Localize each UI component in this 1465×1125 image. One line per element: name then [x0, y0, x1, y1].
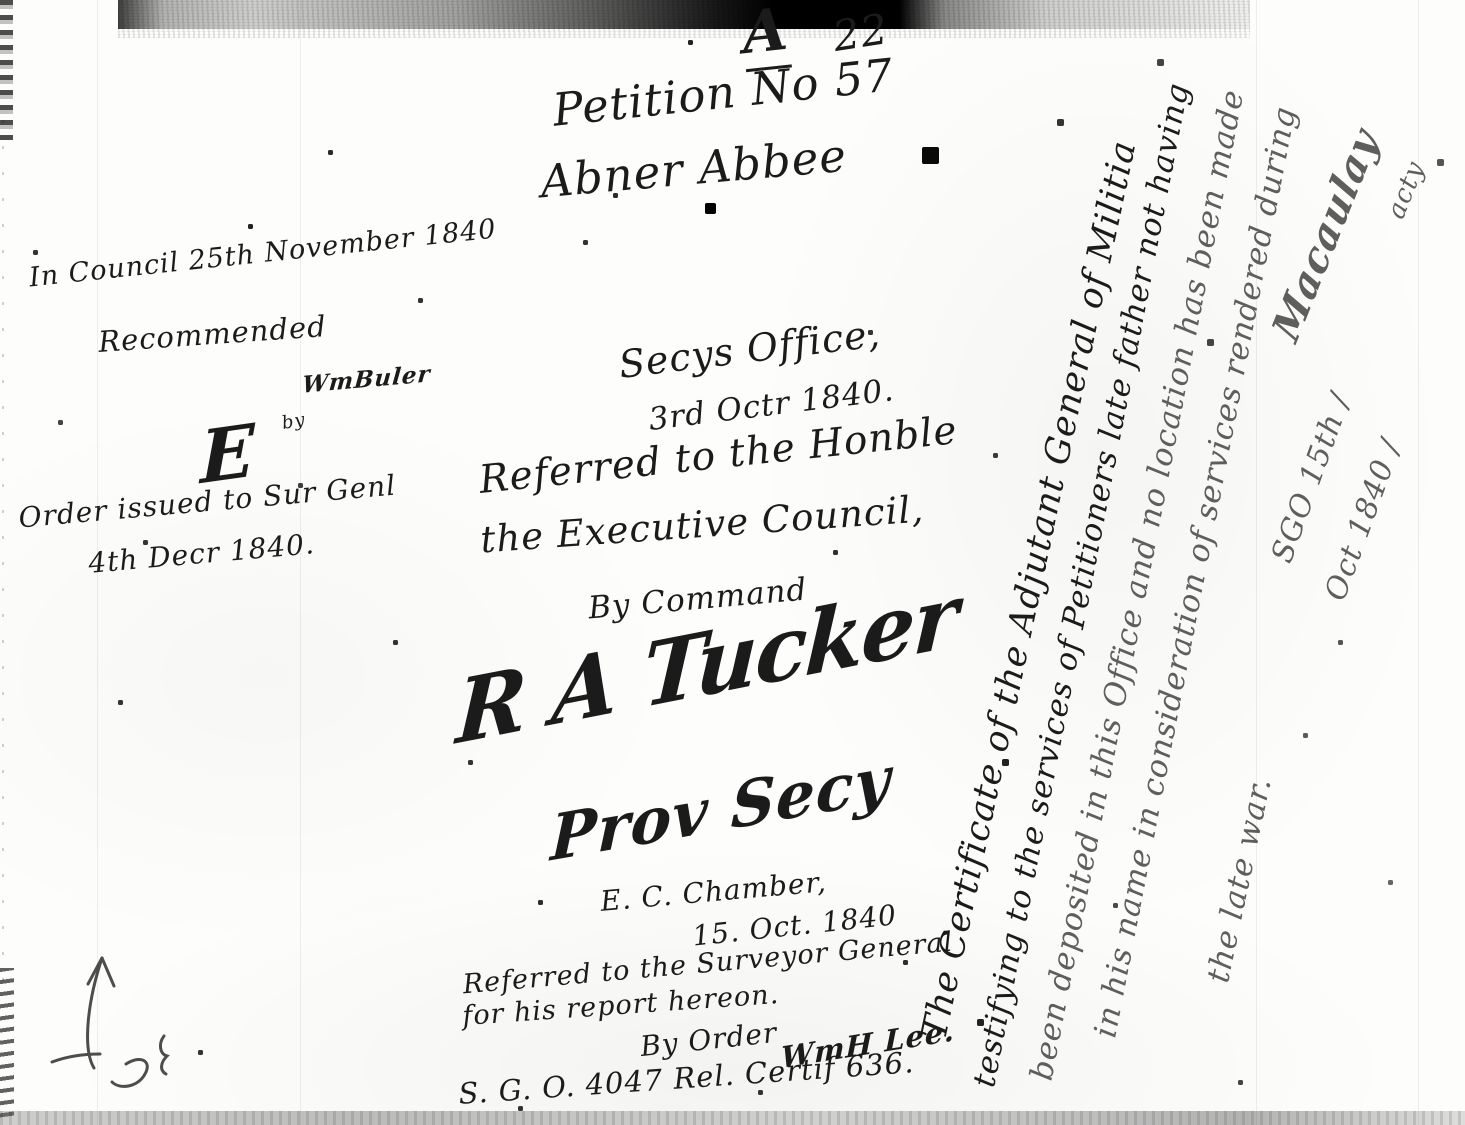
- scan-artifact-bottom-band: [0, 1111, 1465, 1125]
- by-label: by: [281, 411, 307, 433]
- docket-letter: A: [739, 0, 791, 62]
- scan-artifact-left-edge-top: [0, 0, 13, 140]
- scan-artifact-top-noise: [118, 0, 1250, 38]
- fold-line-2: [300, 0, 301, 1125]
- scan-artifact-left-hairline: [2, 120, 4, 990]
- scan-artifact-left-edge-bottom: [0, 968, 14, 1118]
- pen-doodle: [30, 940, 190, 1120]
- ink-specks: [0, 0, 1, 1]
